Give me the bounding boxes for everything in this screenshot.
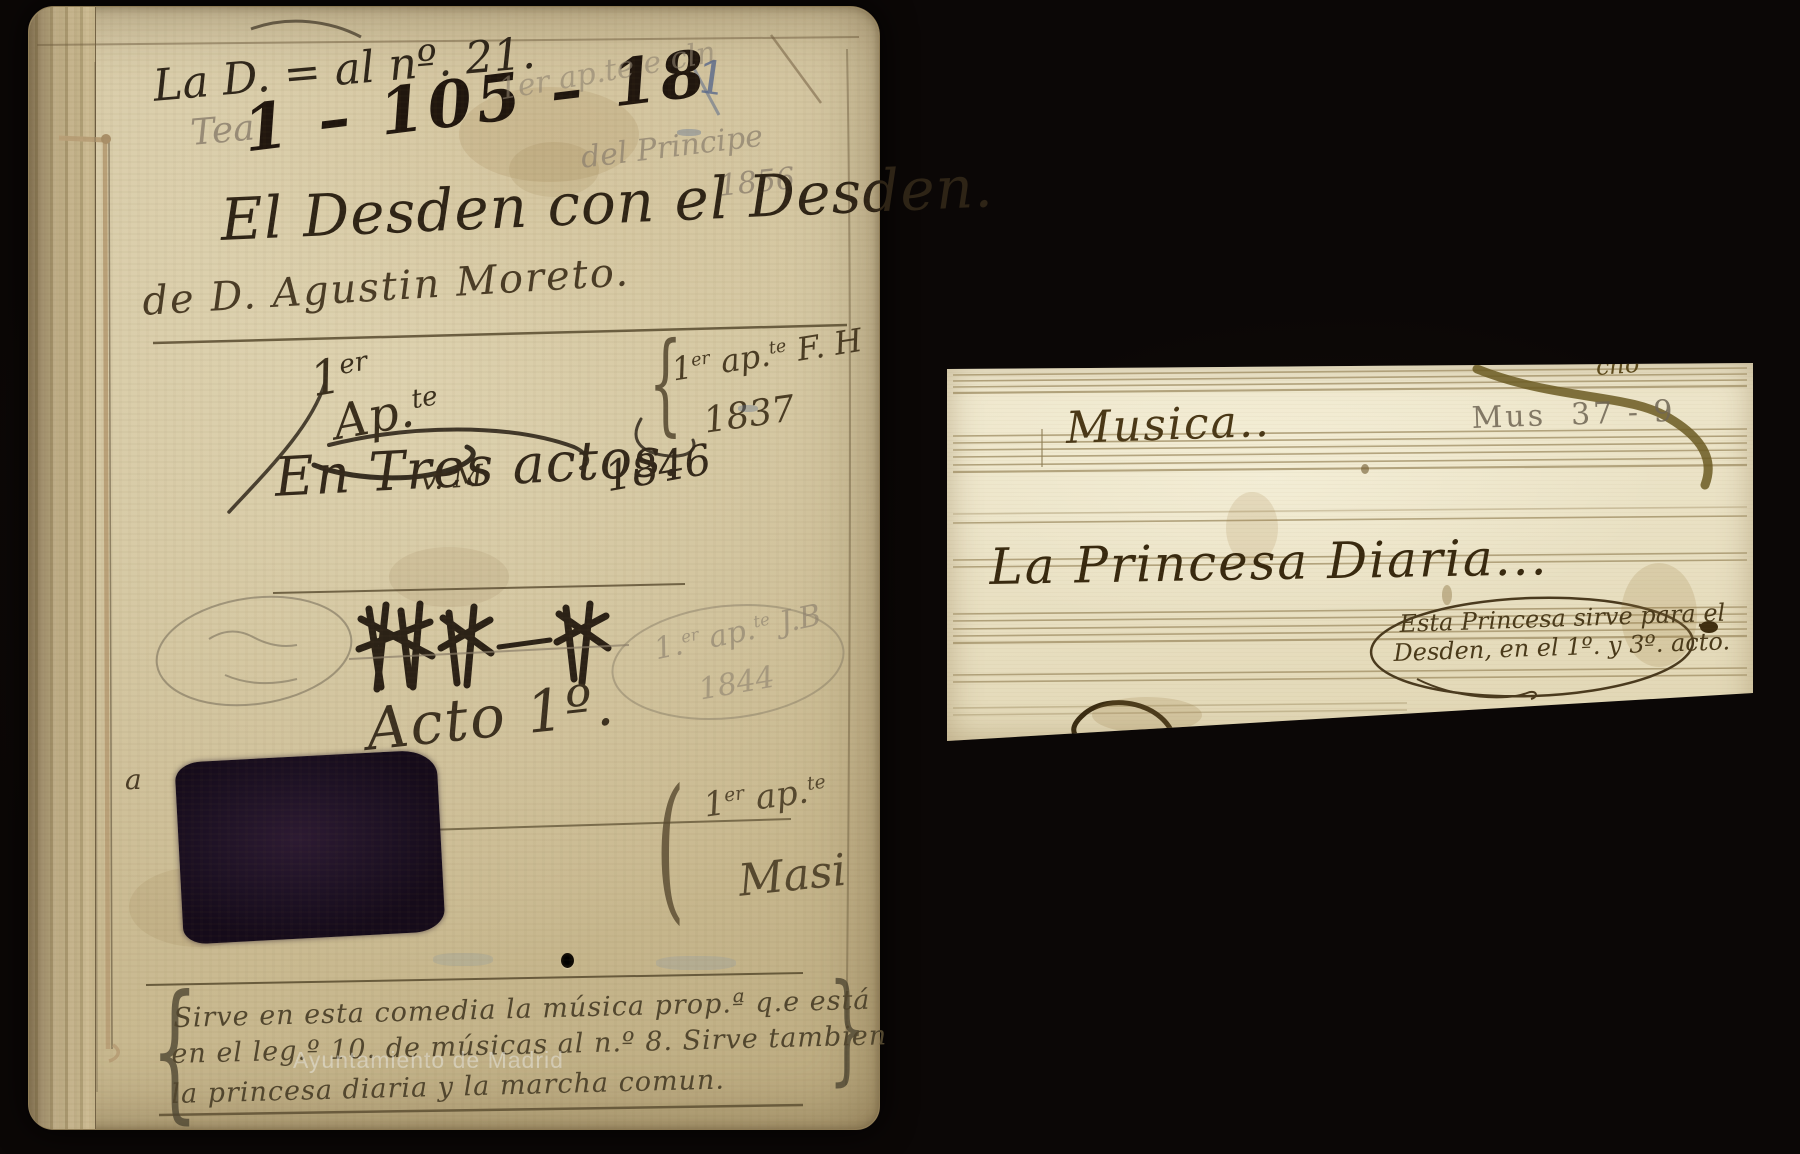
note-1837-line: 1er ap.te F. H — [669, 321, 865, 389]
note-1837-ap: ap. — [708, 335, 773, 382]
partial-inscription: cho — [1595, 350, 1640, 381]
author-line: de D. Agustin Moreto. — [141, 249, 631, 325]
apunte-first-sup: er — [337, 346, 370, 381]
margin-letter: a — [125, 763, 142, 796]
masi-apsup: te — [806, 772, 827, 795]
music-heading: Musica.. — [1065, 396, 1272, 454]
photo-canvas: La D. = al nº. 21. Tea 1 – 105 – 18 1er … — [0, 0, 1800, 1154]
watermark: Ayuntamiento de Madrid — [293, 1047, 564, 1074]
masi-ap: ap. — [742, 771, 811, 819]
paren-masi: ( — [656, 769, 685, 927]
song-title: La Princesa Diaria... — [989, 528, 1549, 596]
paper-stain — [389, 547, 509, 607]
ink-blot — [174, 749, 445, 944]
music-sheet: Musica.. Mus 37 - 9 cho La Princesa Diar… — [947, 363, 1753, 741]
paper-hole — [561, 953, 574, 968]
book-page-edges — [29, 7, 96, 1129]
sheet-stains — [1092, 464, 1697, 733]
note-1844-ap: ap. — [696, 612, 758, 658]
year-1837: 1837 — [701, 388, 797, 441]
blue-corner-digit: 1 — [693, 49, 730, 107]
blue-smudge — [433, 953, 493, 966]
manuscript-cover: La D. = al nº. 21. Tea 1 – 105 – 18 1er … — [28, 6, 880, 1130]
note-1844-line: 1.er ap.te J.B — [651, 598, 824, 668]
note-1844-initials: J.B — [767, 598, 824, 643]
masi-name: Masi — [736, 845, 849, 907]
act-heading: Acto 1º. — [363, 670, 618, 764]
masi-apunte-line: 1er ap.te — [701, 769, 829, 826]
note-1837-initials: F. H — [784, 321, 865, 370]
cutoff-letter-swash — [1074, 703, 1379, 741]
pencil-strikethrough — [349, 645, 629, 659]
blue-smudge — [656, 956, 736, 970]
year-1844: 1844 — [696, 660, 777, 708]
pencil-oval-left — [150, 585, 359, 717]
apunte-label-sup: te — [409, 380, 440, 415]
catalog-number: Mus 37 - 9 — [1471, 394, 1676, 436]
